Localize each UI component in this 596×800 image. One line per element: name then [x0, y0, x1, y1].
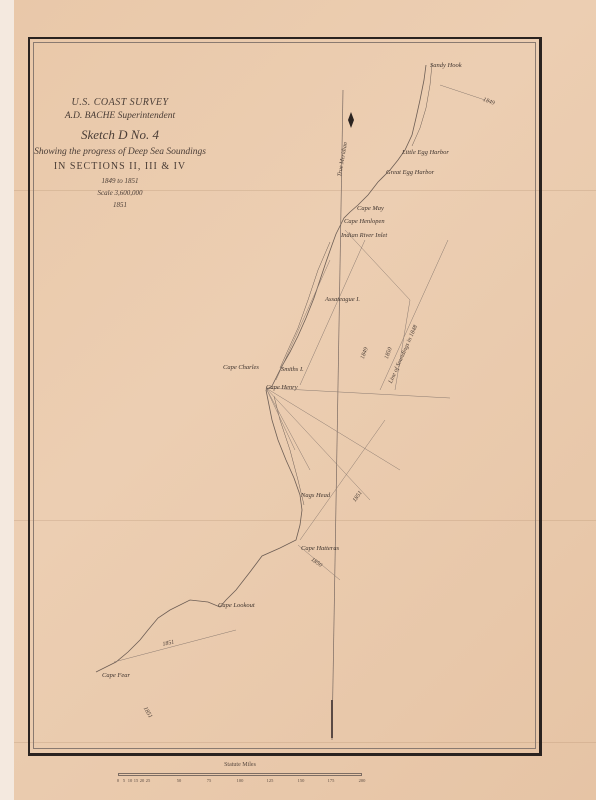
label-cape-fear: Cape Fear — [102, 672, 130, 679]
label-cape-henlopen: Cape Henlopen — [344, 218, 385, 225]
label-great-egg-harbor: Great Egg Harbor — [386, 169, 434, 176]
label-cape-henry: Cape Henry — [266, 384, 298, 391]
true-meridian-line — [332, 90, 343, 740]
label-cape-hatteras: Cape Hatteras — [301, 545, 339, 552]
scale-bar-graphic — [118, 773, 362, 776]
label-cape-charles: Cape Charles — [223, 364, 259, 371]
coastline-chart — [0, 0, 596, 800]
label-cape-may: Cape May — [357, 205, 384, 212]
meridian-mark — [331, 700, 333, 738]
barrier-islands — [412, 64, 432, 146]
coastline — [96, 65, 426, 672]
label-nags-head: Nags Head — [301, 492, 330, 499]
label-cape-lookout: Cape Lookout — [218, 602, 255, 609]
label-assateague: Assateague I. — [325, 296, 360, 303]
label-sandy-hook: Sandy Hook — [430, 62, 462, 69]
label-smiths-island: Smiths I. — [281, 366, 304, 373]
north-arrow-icon — [348, 112, 354, 128]
label-little-egg-harbor: Little Egg Harbor — [402, 149, 449, 156]
label-indian-river-inlet: Indian River Inlet — [341, 232, 387, 239]
scale-title: Statute Miles — [118, 762, 362, 768]
delmarva-shore — [280, 242, 330, 368]
